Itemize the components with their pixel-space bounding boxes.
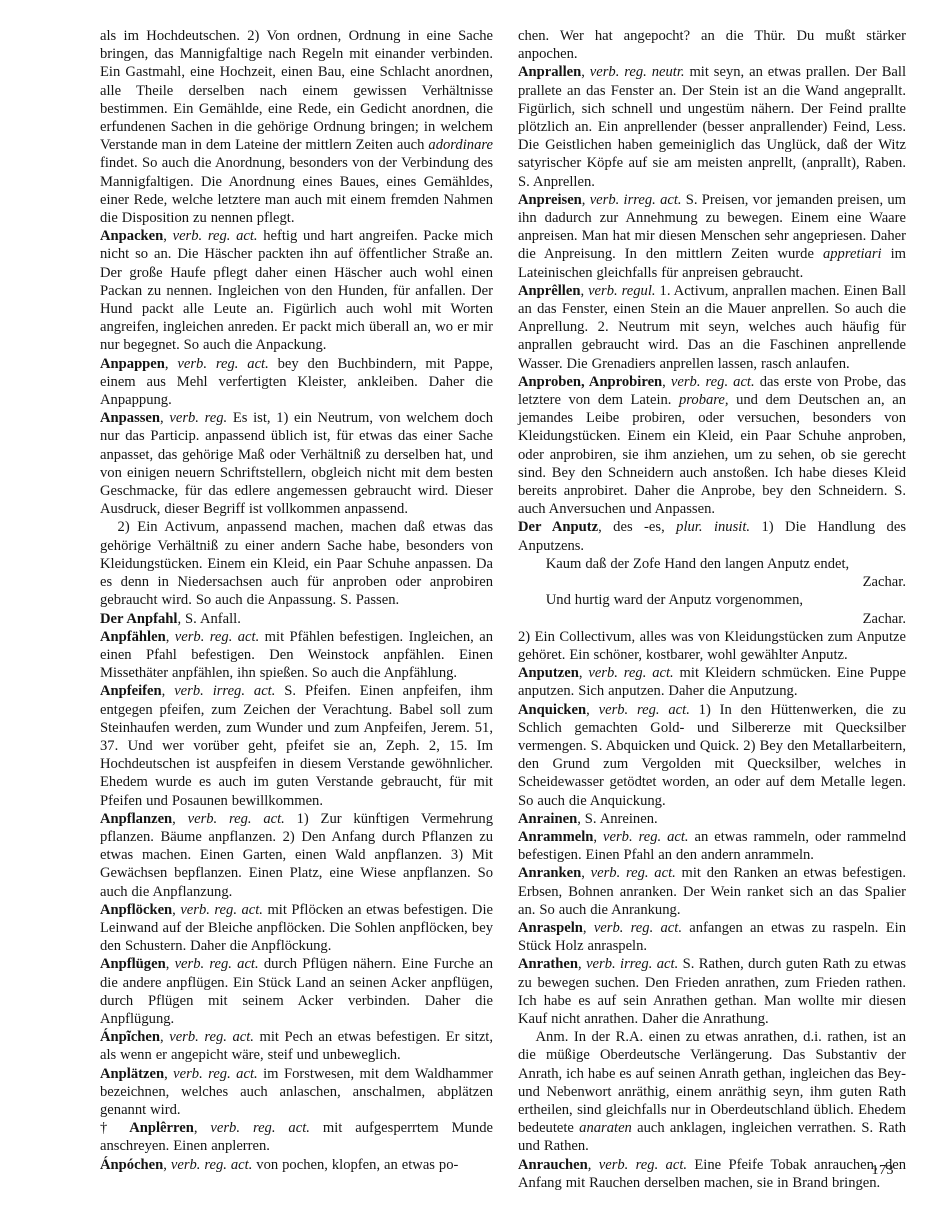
- body-text: ,: [583, 920, 594, 936]
- headword: Anpreisen: [518, 192, 582, 208]
- dictionary-entry: Anpflöcken, verb. reg. act. mit Pflöcken…: [100, 901, 493, 956]
- italic-label: verb. reg. act.: [175, 629, 259, 645]
- italic-label: verb. reg. act.: [169, 1029, 254, 1045]
- right-column: chen. Wer hat angepocht? an die Thür. Du…: [518, 27, 906, 1192]
- body-text: ,: [581, 865, 590, 881]
- dictionary-entry: Anprallen, verb. reg. neutr. mit seyn, a…: [518, 63, 906, 190]
- body-text: ,: [166, 629, 175, 645]
- body-text: ,: [166, 956, 175, 972]
- headword: Anpfählen: [100, 629, 166, 645]
- dictionary-entry: Anpfeifen, verb. irreg. act. S. Pfeifen.…: [100, 682, 493, 809]
- italic-label: verb. reg. act.: [173, 1066, 258, 1082]
- dictionary-entry: Anquicken, verb. reg. act. 1) In den Hüt…: [518, 701, 906, 810]
- body-text: ,: [581, 64, 590, 80]
- continuation-paragraph: als im Hochdeutschen. 2) Von ordnen, Ord…: [100, 27, 493, 227]
- italic-label: verb. reg. act.: [594, 920, 682, 936]
- italic-label: verb. reg. act.: [173, 228, 258, 244]
- italic-label: verb. irreg. act.: [590, 192, 682, 208]
- italic-label: verb. reg. act.: [188, 811, 285, 827]
- italic-label: verb. reg. act.: [603, 829, 689, 845]
- italic-label: verb. irreg. act.: [586, 956, 678, 972]
- italic-label: verb. irreg. act.: [174, 683, 275, 699]
- body-text: ,: [172, 811, 187, 827]
- headword: Anpfeifen: [100, 683, 162, 699]
- dictionary-entry: Anpreisen, verb. irreg. act. S. Preisen,…: [518, 191, 906, 282]
- italic-label: verb. reg. neutr.: [590, 64, 685, 80]
- body-text: ,: [163, 228, 172, 244]
- dictionary-entry: Anrammeln, verb. reg. act. an etwas ramm…: [518, 828, 906, 864]
- note-paragraph: Anm. In der R.A. einen zu etwas anrathen…: [518, 1028, 906, 1155]
- body-text: Zachar.: [863, 611, 906, 627]
- dictionary-entry: Anraspeln, verb. reg. act. anfangen an e…: [518, 919, 906, 955]
- left-column: als im Hochdeutschen. 2) Von ordnen, Ord…: [100, 27, 493, 1192]
- body-text: und dem Deutschen an, an jemandes Leibe …: [518, 392, 906, 517]
- headword: Anrathen: [518, 956, 578, 972]
- body-text: Es ist, 1) ein Neutrum, von welchem doch…: [100, 410, 493, 517]
- body-text: , des -es,: [598, 519, 676, 535]
- sense-paragraph: 2) Ein Collectivum, alles was von Kleidu…: [518, 628, 906, 664]
- headword: Anpappen: [100, 356, 165, 372]
- italic-label: verb. reg.: [169, 410, 227, 426]
- body-text: ,: [593, 829, 603, 845]
- headword: Der Anpfahl: [100, 611, 177, 627]
- body-text: S. Pfeifen. Einen anpfeifen, ihm entgege…: [100, 683, 493, 808]
- headword: Anrainen: [518, 811, 577, 827]
- dictionary-entry: † Anplêrren, verb. reg. act. mit aufgesp…: [100, 1119, 493, 1155]
- italic-label: verb. reg. act.: [671, 374, 755, 390]
- italic-label: verb. reg. act.: [180, 902, 263, 918]
- dictionary-page: als im Hochdeutschen. 2) Von ordnen, Ord…: [0, 0, 935, 1210]
- verse-line: Und hurtig ward der Anputz vorgenommen,: [518, 591, 906, 609]
- dictionary-entry: Anpflanzen, verb. reg. act. 1) Zur künft…: [100, 810, 493, 901]
- verse-attribution: Zachar.: [518, 573, 906, 591]
- verse-line: Kaum daß der Zofe Hand den langen Anputz…: [518, 555, 906, 573]
- italic-label: probare,: [679, 392, 729, 408]
- page-number: 173: [0, 1163, 894, 1179]
- headword: Anrammeln: [518, 829, 593, 845]
- italic-label: verb. reg. act.: [177, 356, 268, 372]
- dictionary-entry: Anprêllen, verb. regul. 1. Activum, anpr…: [518, 282, 906, 373]
- headword: Anpflöcken: [100, 902, 172, 918]
- body-text: Zachar.: [863, 574, 906, 590]
- italic-label: verb. reg. act.: [588, 665, 673, 681]
- body-text: als im Hochdeutschen. 2) Von ordnen, Ord…: [100, 28, 493, 153]
- headword: Anplätzen: [100, 1066, 164, 1082]
- body-text: ,: [160, 1029, 169, 1045]
- italic-label: verb. reg. act.: [591, 865, 676, 881]
- headword: Anpacken: [100, 228, 163, 244]
- body-text: ,: [579, 665, 589, 681]
- body-text: ,: [580, 283, 588, 299]
- headword: Anpassen: [100, 410, 160, 426]
- italic-label: verb. reg. act.: [175, 956, 259, 972]
- headword: Anpflanzen: [100, 811, 172, 827]
- headword: Anquicken: [518, 702, 586, 718]
- headword: Anranken: [518, 865, 581, 881]
- body-text: heftig und hart angreifen. Packe mich ni…: [100, 228, 493, 353]
- dictionary-entry: Anrainen, S. Anreinen.: [518, 810, 906, 828]
- headword: Anpflügen: [100, 956, 166, 972]
- italic-label: plur. inusit.: [676, 519, 750, 535]
- dictionary-entry: Ánpĩchen, verb. reg. act. mit Pech an et…: [100, 1028, 493, 1064]
- sense-paragraph: 2) Ein Activum, anpassend machen, machen…: [100, 518, 493, 609]
- body-text: , S. Anreinen.: [577, 811, 657, 827]
- verse-attribution: Zachar.: [518, 610, 906, 628]
- dictionary-entry: Anputzen, verb. reg. act. mit Kleidern s…: [518, 664, 906, 700]
- headword: Anraspeln: [518, 920, 583, 936]
- headword: Anproben, Anprobiren: [518, 374, 662, 390]
- body-text: ,: [165, 356, 178, 372]
- body-text: 2) Ein Activum, anpassend machen, machen…: [100, 519, 493, 608]
- body-text: Und hurtig ward der Anputz vorgenommen,: [546, 592, 803, 608]
- continuation-paragraph: chen. Wer hat angepocht? an die Thür. Du…: [518, 27, 906, 63]
- dictionary-entry: Anpappen, verb. reg. act. bey den Buchbi…: [100, 355, 493, 410]
- headword: Anprallen: [518, 64, 581, 80]
- dictionary-entry: Anpfählen, verb. reg. act. mit Pfählen b…: [100, 628, 493, 683]
- body-text: findet. So auch die Anordnung, besonders…: [100, 155, 493, 226]
- text-columns: als im Hochdeutschen. 2) Von ordnen, Ord…: [100, 27, 906, 1192]
- body-text: ,: [162, 683, 175, 699]
- body-text: ,: [662, 374, 671, 390]
- headword: Anprêllen: [518, 283, 580, 299]
- body-text: ,: [586, 702, 598, 718]
- body-text: ,: [578, 956, 586, 972]
- italic-label: verb. regul.: [588, 283, 655, 299]
- dictionary-entry: Anpacken, verb. reg. act. heftig und har…: [100, 227, 493, 354]
- headword: Anputzen: [518, 665, 579, 681]
- body-text: ,: [194, 1120, 211, 1136]
- italic-label: verb. reg. act.: [210, 1120, 310, 1136]
- body-text: ,: [160, 410, 169, 426]
- italic-label: adordinare: [428, 137, 493, 153]
- body-text: , S. Anfall.: [177, 611, 240, 627]
- body-text: ,: [582, 192, 590, 208]
- dictionary-entry: Anpflügen, verb. reg. act. durch Pflügen…: [100, 955, 493, 1028]
- dictionary-entry: Der Anpfahl, S. Anfall.: [100, 610, 493, 628]
- dictionary-entry: Anproben, Anprobiren, verb. reg. act. da…: [518, 373, 906, 519]
- italic-label: anaraten: [579, 1120, 632, 1136]
- headword: Anplêrren: [129, 1120, 194, 1136]
- dictionary-entry: Anplätzen, verb. reg. act. im Forstwesen…: [100, 1065, 493, 1120]
- body-text: mit seyn, an etwas prallen. Der Ball pra…: [518, 64, 906, 189]
- dictionary-entry: Anpassen, verb. reg. Es ist, 1) ein Neut…: [100, 409, 493, 518]
- dictionary-entry: Der Anputz, des -es, plur. inusit. 1) Di…: [518, 518, 906, 554]
- body-text: Kaum daß der Zofe Hand den langen Anputz…: [546, 556, 849, 572]
- body-text: †: [100, 1120, 129, 1136]
- body-text: 2) Ein Collectivum, alles was von Kleidu…: [518, 629, 906, 663]
- dictionary-entry: Anranken, verb. reg. act. mit den Ranken…: [518, 864, 906, 919]
- italic-label: appretiari: [823, 246, 882, 262]
- headword: Der Anputz: [518, 519, 598, 535]
- body-text: ,: [164, 1066, 173, 1082]
- italic-label: verb. reg. act.: [599, 702, 690, 718]
- dictionary-entry: Anrathen, verb. irreg. act. S. Rathen, d…: [518, 955, 906, 1028]
- headword: Ánpĩchen: [100, 1029, 160, 1045]
- body-text: chen. Wer hat angepocht? an die Thür. Du…: [518, 28, 906, 62]
